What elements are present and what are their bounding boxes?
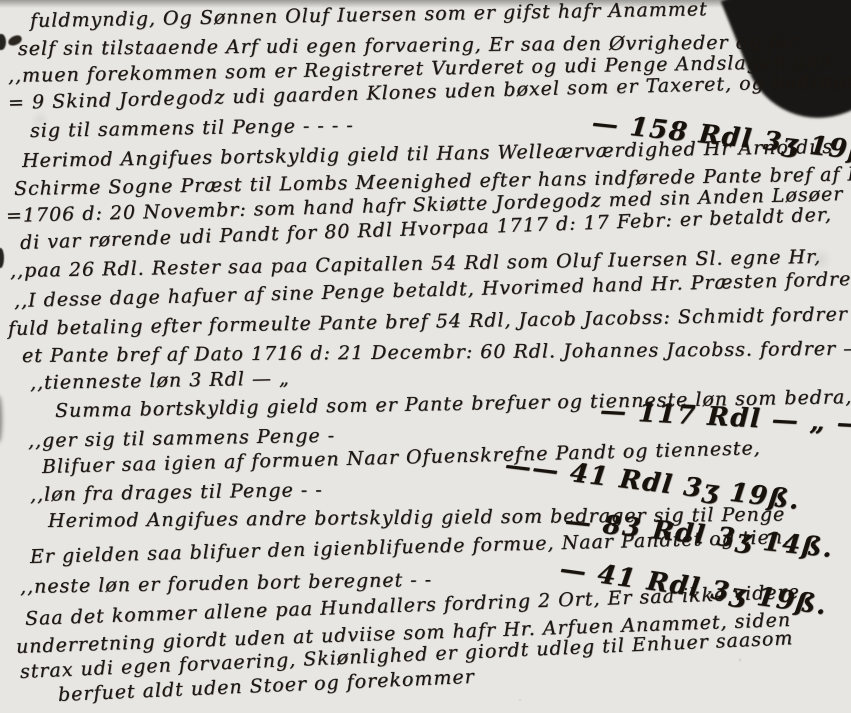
scan-edge-mark (0, 396, 2, 442)
manuscript-page: fuldmyndig, Og Sønnen Oluf Iuersen som e… (0, 0, 851, 713)
manuscript-line: fuld betaling efter formeulte Pante bref… (8, 304, 851, 339)
manuscript-line: ,,løn fra drages til Penge - - (30, 481, 323, 505)
manuscript-line: ,,neste løn er foruden bort beregnet - - (20, 571, 432, 597)
manuscript-line: ,,ger sig til sammens Penge - (28, 427, 335, 451)
manuscript-line: ,,tienneste løn 3 Rdl — „ (30, 369, 290, 393)
scan-edge-mark (0, 34, 6, 50)
manuscript-line: sig til sammens til Penge - - - - (30, 116, 354, 141)
manuscript-line: et Pante bref af Dato 1716 d: 21 Decembr… (22, 340, 851, 366)
scan-edge-mark (0, 248, 4, 268)
